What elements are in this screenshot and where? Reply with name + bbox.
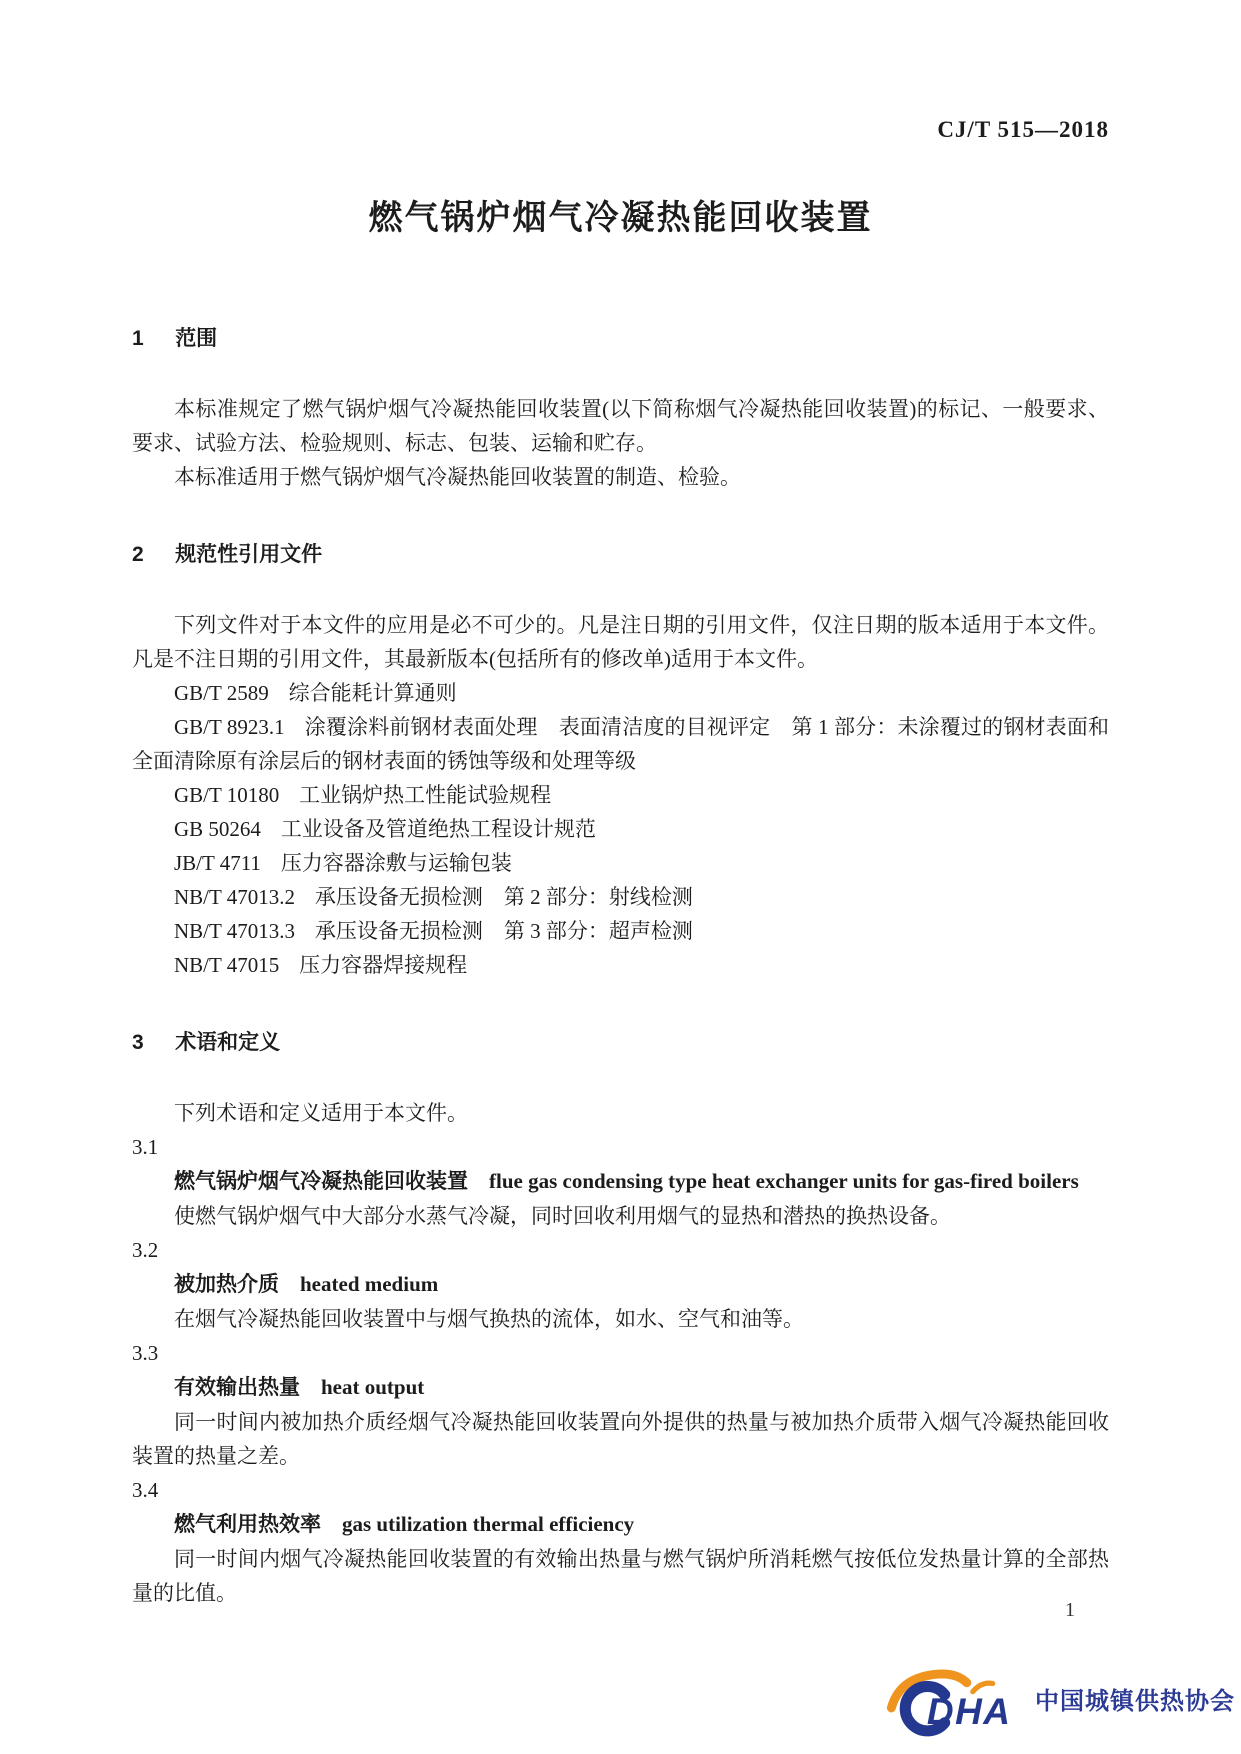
reference-item: NB/T 47013.3承压设备无损检测 第 3 部分：超声检测	[132, 914, 1109, 948]
reference-title: 承压设备无损检测 第 2 部分：射线检测	[315, 885, 693, 909]
reference-code: GB/T 2589	[174, 681, 269, 705]
section-1-paragraph: 本标准规定了燃气锅炉烟气冷凝热能回收装置(以下简称烟气冷凝热能回收装置)的标记、…	[132, 392, 1109, 460]
term-name-en: heated medium	[300, 1272, 438, 1296]
section-1-paragraph: 本标准适用于燃气锅炉烟气冷凝热能回收装置的制造、检验。	[132, 460, 1109, 494]
term-heading: 有效输出热量heat output	[132, 1370, 1109, 1405]
term-name-zh: 有效输出热量	[174, 1376, 300, 1399]
term-name-zh: 被加热介质	[174, 1273, 279, 1296]
document-page: CJ/T 515—2018 燃气锅炉烟气冷凝热能回收装置 1范围 本标准规定了燃…	[0, 0, 1241, 1754]
term-number: 3.4	[132, 1473, 1109, 1507]
reference-code: NB/T 47013.3	[174, 919, 295, 943]
logo-acronym-text: DHA	[927, 1691, 1012, 1732]
association-logo: DHA 中国城镇供热协会	[881, 1658, 1235, 1746]
reference-title: 工业设备及管道绝热工程设计规范	[281, 817, 596, 841]
term-number: 3.3	[132, 1336, 1109, 1370]
association-name: 中国城镇供热协会	[1035, 1685, 1235, 1719]
reference-item: GB/T 10180工业锅炉热工性能试验规程	[132, 778, 1109, 812]
section-1-title: 范围	[175, 327, 217, 350]
term-definition: 使燃气锅炉烟气中大部分水蒸气冷凝，同时回收利用烟气的显热和潜热的换热设备。	[132, 1199, 1109, 1233]
reference-item: GB/T 8923.1涂覆涂料前钢材表面处理 表面清洁度的目视评定 第 1 部分…	[132, 710, 1109, 778]
logo-flame-arc-small	[973, 1683, 993, 1692]
cdha-logo-icon: DHA	[881, 1658, 1029, 1746]
section-2-title: 规范性引用文件	[175, 543, 322, 566]
term-name-en: heat output	[321, 1375, 424, 1399]
section-2-heading: 2规范性引用文件	[132, 538, 1109, 572]
reference-code: GB/T 8923.1	[174, 715, 285, 739]
reference-title: 压力容器焊接规程	[299, 953, 467, 977]
term-heading: 燃气利用热效率gas utilization thermal efficienc…	[132, 1507, 1109, 1542]
term-name-en: flue gas condensing type heat exchanger …	[489, 1169, 1079, 1193]
standard-code: CJ/T 515—2018	[132, 118, 1109, 142]
reference-title: 综合能耗计算通则	[289, 681, 457, 705]
reference-item: JB/T 4711压力容器涂敷与运输包装	[132, 846, 1109, 880]
term-name-en: gas utilization thermal efficiency	[342, 1512, 634, 1536]
reference-title: 压力容器涂敷与运输包装	[281, 851, 512, 875]
term-name-zh: 燃气锅炉烟气冷凝热能回收装置	[174, 1170, 468, 1193]
section-2-number: 2	[132, 538, 144, 572]
term-definition: 同一时间内被加热介质经烟气冷凝热能回收装置向外提供的热量与被加热介质带入烟气冷凝…	[132, 1405, 1109, 1473]
term-name-zh: 燃气利用热效率	[174, 1513, 321, 1536]
reference-title: 工业锅炉热工性能试验规程	[299, 783, 551, 807]
reference-code: NB/T 47013.2	[174, 885, 295, 909]
reference-code: NB/T 47015	[174, 953, 279, 977]
reference-item: NB/T 47013.2承压设备无损检测 第 2 部分：射线检测	[132, 880, 1109, 914]
term-definition: 在烟气冷凝热能回收装置中与烟气换热的流体，如水、空气和油等。	[132, 1302, 1109, 1336]
reference-item: GB/T 2589综合能耗计算通则	[132, 676, 1109, 710]
term-heading: 燃气锅炉烟气冷凝热能回收装置flue gas condensing type h…	[132, 1164, 1109, 1199]
section-3-heading: 3术语和定义	[132, 1026, 1109, 1060]
reference-code: JB/T 4711	[174, 851, 261, 875]
section-2-intro: 下列文件对于本文件的应用是必不可少的。凡是注日期的引用文件，仅注日期的版本适用于…	[132, 608, 1109, 676]
page-number: 1	[1065, 1598, 1075, 1622]
reference-title: 承压设备无损检测 第 3 部分：超声检测	[315, 919, 693, 943]
term-heading: 被加热介质heated medium	[132, 1267, 1109, 1302]
section-3-number: 3	[132, 1026, 144, 1060]
section-3-title: 术语和定义	[175, 1031, 280, 1054]
reference-code: GB 50264	[174, 817, 261, 841]
term-definition: 同一时间内烟气冷凝热能回收装置的有效输出热量与燃气锅炉所消耗燃气按低位发热量计算…	[132, 1542, 1109, 1610]
reference-item: GB 50264工业设备及管道绝热工程设计规范	[132, 812, 1109, 846]
document-title: 燃气锅炉烟气冷凝热能回收装置	[132, 194, 1109, 242]
reference-item: NB/T 47015压力容器焊接规程	[132, 948, 1109, 982]
section-3-intro: 下列术语和定义适用于本文件。	[132, 1096, 1109, 1130]
section-1-number: 1	[132, 322, 144, 356]
term-number: 3.1	[132, 1130, 1109, 1164]
term-number: 3.2	[132, 1233, 1109, 1267]
section-1-heading: 1范围	[132, 322, 1109, 356]
reference-code: GB/T 10180	[174, 783, 279, 807]
